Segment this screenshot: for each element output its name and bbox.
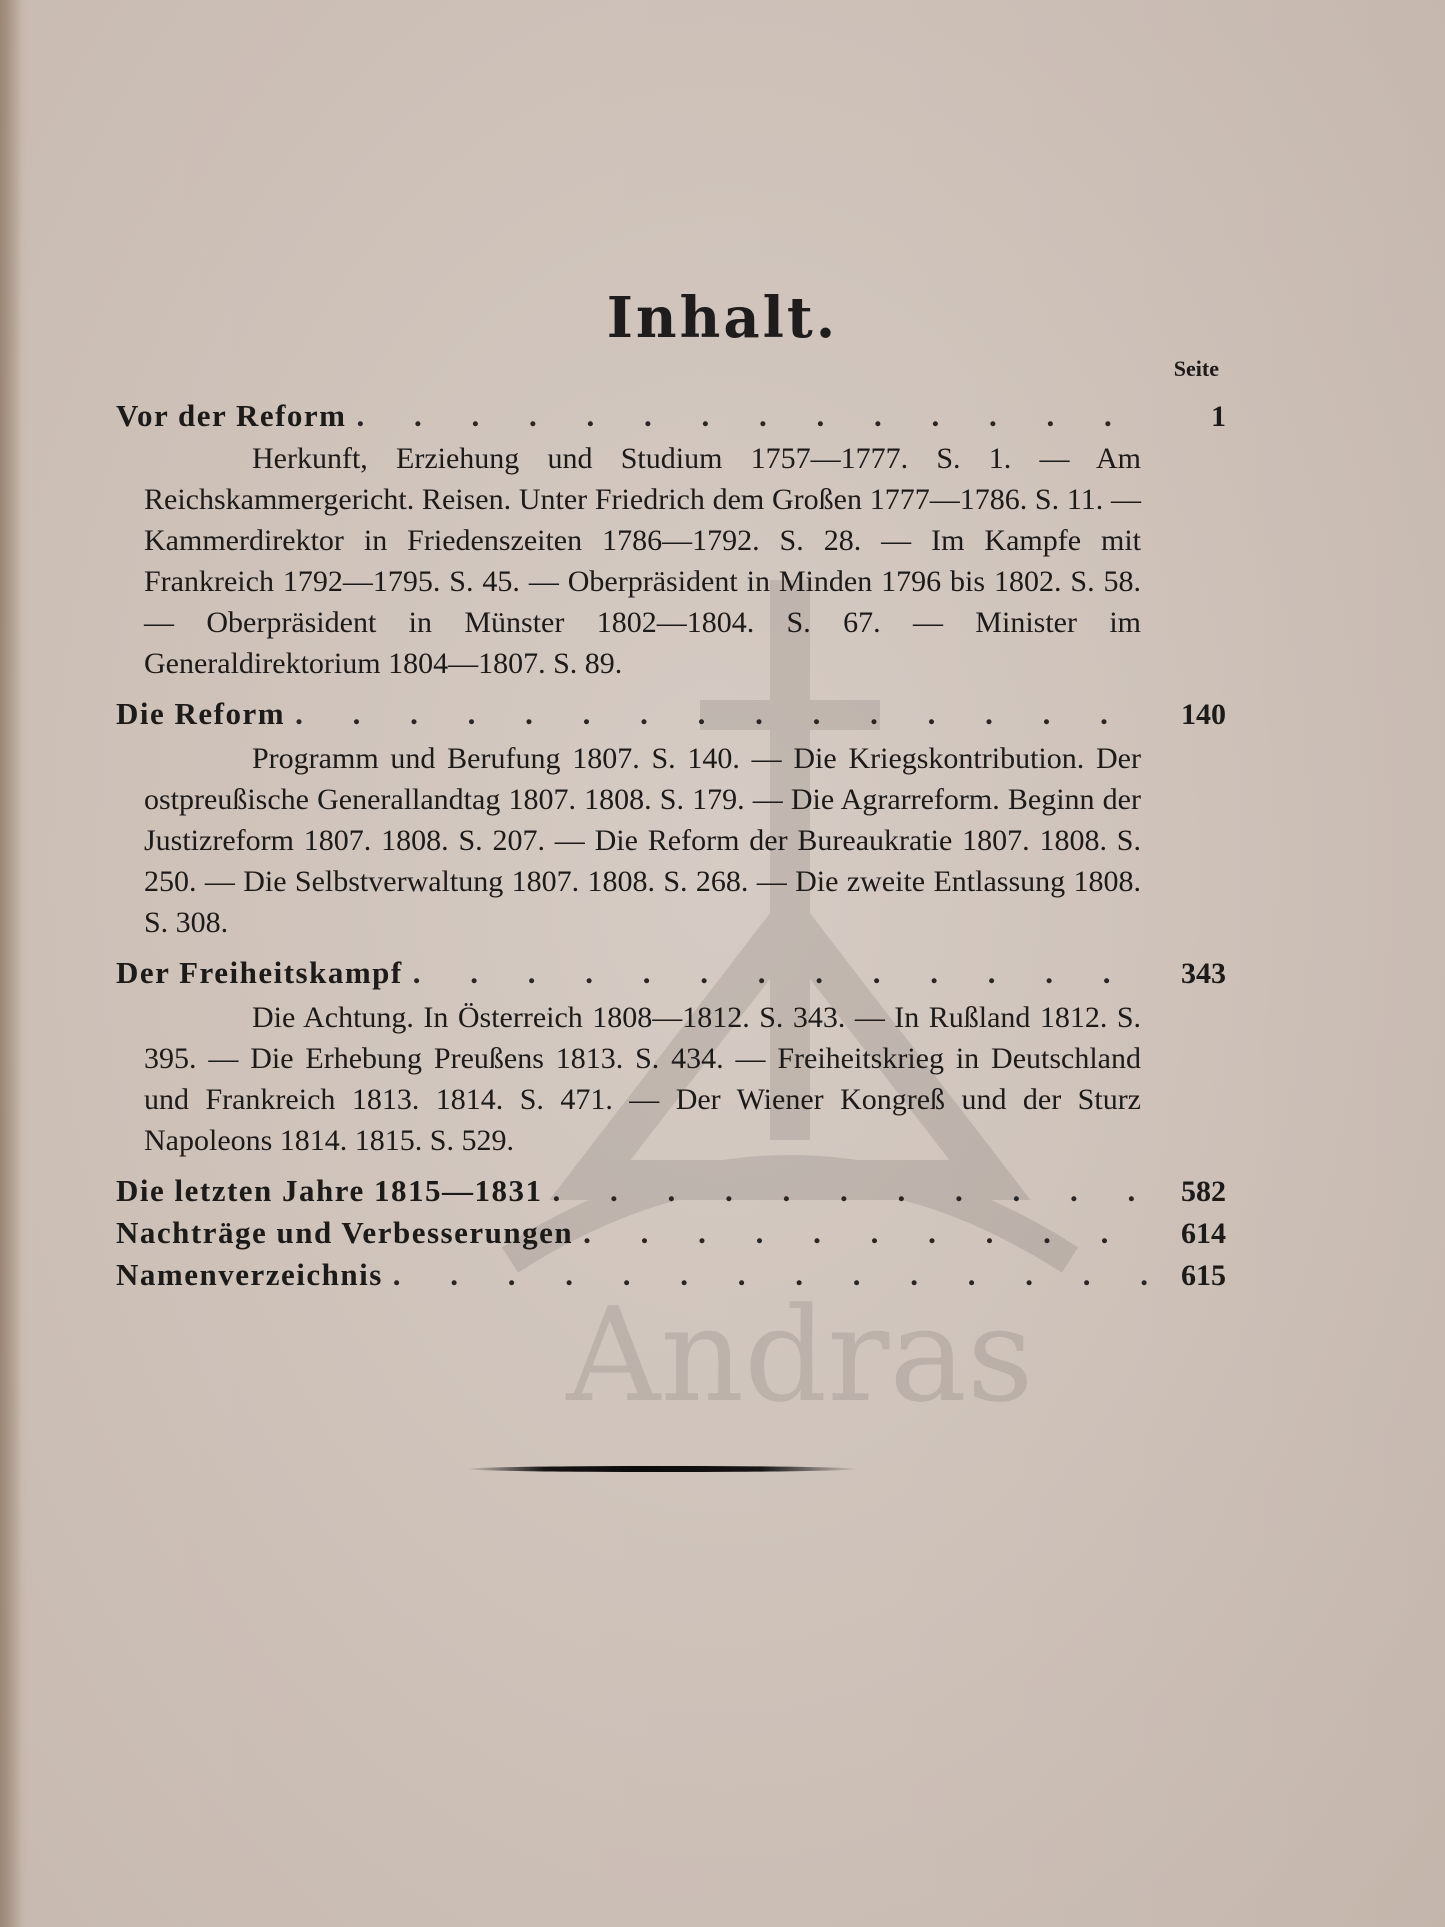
toc-entry-heading: Der Freiheitskampf 343 <box>116 955 1226 997</box>
toc-entry-label: Namenverzeichnis <box>116 1257 383 1293</box>
toc-page-number: 140 <box>1166 698 1226 732</box>
dot-leader <box>295 696 1156 732</box>
toc-entry-heading: Vor der Reform 1 <box>116 398 1226 440</box>
toc-page-number: 343 <box>1166 957 1226 991</box>
toc-entry-heading: Die letzten Jahre 1815—1831 582 <box>116 1173 1226 1215</box>
dot-leader <box>553 1173 1157 1209</box>
toc-entry-summary: Programm und Berufung 1807. S. 140. — Di… <box>116 738 1141 943</box>
toc-entry-die-reform: Die Reform 140 Programm und Berufung 180… <box>116 696 1226 943</box>
toc-entry-namenverzeichnis: Namenverzeichnis 615 <box>116 1257 1226 1299</box>
toc-entry-heading: Die Reform 140 <box>116 696 1226 738</box>
toc-entry-label: Die letzten Jahre 1815—1831 <box>116 1173 543 1209</box>
toc-entry-summary: Herkunft, Erziehung und Studium 1757—177… <box>116 438 1141 684</box>
page-title: Inhalt. <box>0 285 1445 351</box>
decorative-rule <box>466 1466 858 1472</box>
dot-leader <box>393 1257 1156 1293</box>
toc-page-number: 614 <box>1166 1217 1226 1251</box>
toc-entry-vor-der-reform: Vor der Reform 1 Herkunft, Erziehung und… <box>116 398 1226 684</box>
toc-entry-die-letzten-jahre: Die letzten Jahre 1815—1831 582 <box>116 1173 1226 1215</box>
dot-leader <box>357 398 1157 434</box>
toc-entry-summary: Die Achtung. In Österreich 1808—1812. S.… <box>116 997 1141 1161</box>
book-page: Andras Inhalt. Seite Vor der Reform 1 He… <box>0 0 1445 1927</box>
toc-entry-heading: Namenverzeichnis 615 <box>116 1257 1226 1299</box>
toc-page-number: 1 <box>1166 400 1226 434</box>
toc-entry-der-freiheitskampf: Der Freiheitskampf 343 Die Achtung. In Ö… <box>116 955 1226 1161</box>
watermark-text: Andras <box>565 1279 1033 1420</box>
toc-entry-label: Die Reform <box>116 696 285 732</box>
dot-leader <box>583 1215 1156 1251</box>
table-of-contents: Vor der Reform 1 Herkunft, Erziehung und… <box>116 398 1226 1299</box>
page-column-header: Seite <box>1174 356 1219 382</box>
toc-page-number: 582 <box>1166 1175 1226 1209</box>
toc-entry-heading: Nachträge und Verbesserungen 614 <box>116 1215 1226 1257</box>
dot-leader <box>413 955 1156 991</box>
toc-page-number: 615 <box>1166 1259 1226 1293</box>
toc-entry-label: Vor der Reform <box>116 398 347 434</box>
toc-entry-nachtraege: Nachträge und Verbesserungen 614 <box>116 1215 1226 1257</box>
toc-entry-label: Nachträge und Verbesserungen <box>116 1215 573 1251</box>
toc-entry-label: Der Freiheitskampf <box>116 955 403 991</box>
